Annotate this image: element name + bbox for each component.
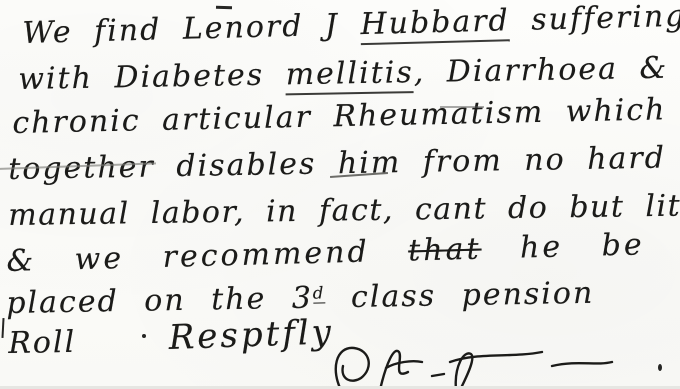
ink-tick-left <box>1 318 4 338</box>
name-underlined: Hubbard <box>360 3 510 45</box>
handwritten-document-scan: We find Lenord J Hubbard suffering with … <box>0 0 680 389</box>
ink-dot <box>142 334 146 338</box>
text-segment: Roll <box>8 325 76 361</box>
text-segment: manual labor, in fact, cant do but littl… <box>8 188 680 233</box>
handwriting-line-5: manual labor, in fact, cant do but littl… <box>8 188 680 233</box>
text-segment: with Diabetes <box>18 57 286 97</box>
text-segment: class pension <box>325 276 594 316</box>
handwriting-line-3: chronic articular Rheumatism which <box>12 92 667 141</box>
text-segment: suffering <box>509 0 680 38</box>
text-segment: , Diarrhoea & <box>413 51 668 90</box>
text-segment: he be <box>481 227 645 266</box>
handwriting-line-1: We find Lenord J Hubbard suffering <box>22 0 680 51</box>
text-segment: We find Lenord J <box>22 7 361 51</box>
handwriting-line-8-respectfully: Resptfly <box>168 312 335 358</box>
word-with-long-tcross: that <box>408 232 482 269</box>
term-underlined: mellitis <box>285 55 414 95</box>
text-segment: chronic articular Rheumatism which <box>12 92 667 141</box>
text-segment: Resptfly <box>168 312 335 358</box>
ordinal-superscript: d <box>313 283 326 303</box>
signature-fragment <box>328 336 673 389</box>
handwriting-line-2: with Diabetes mellitis, Diarrhoea & <box>18 51 669 97</box>
text-segment: & we recommend <box>6 233 409 279</box>
handwriting-line-8-roll: Roll <box>8 325 76 361</box>
handwriting-line-6: & we recommend that he be <box>6 227 645 279</box>
stray-dash-mark <box>440 106 484 108</box>
ink-dash-top <box>216 6 232 10</box>
